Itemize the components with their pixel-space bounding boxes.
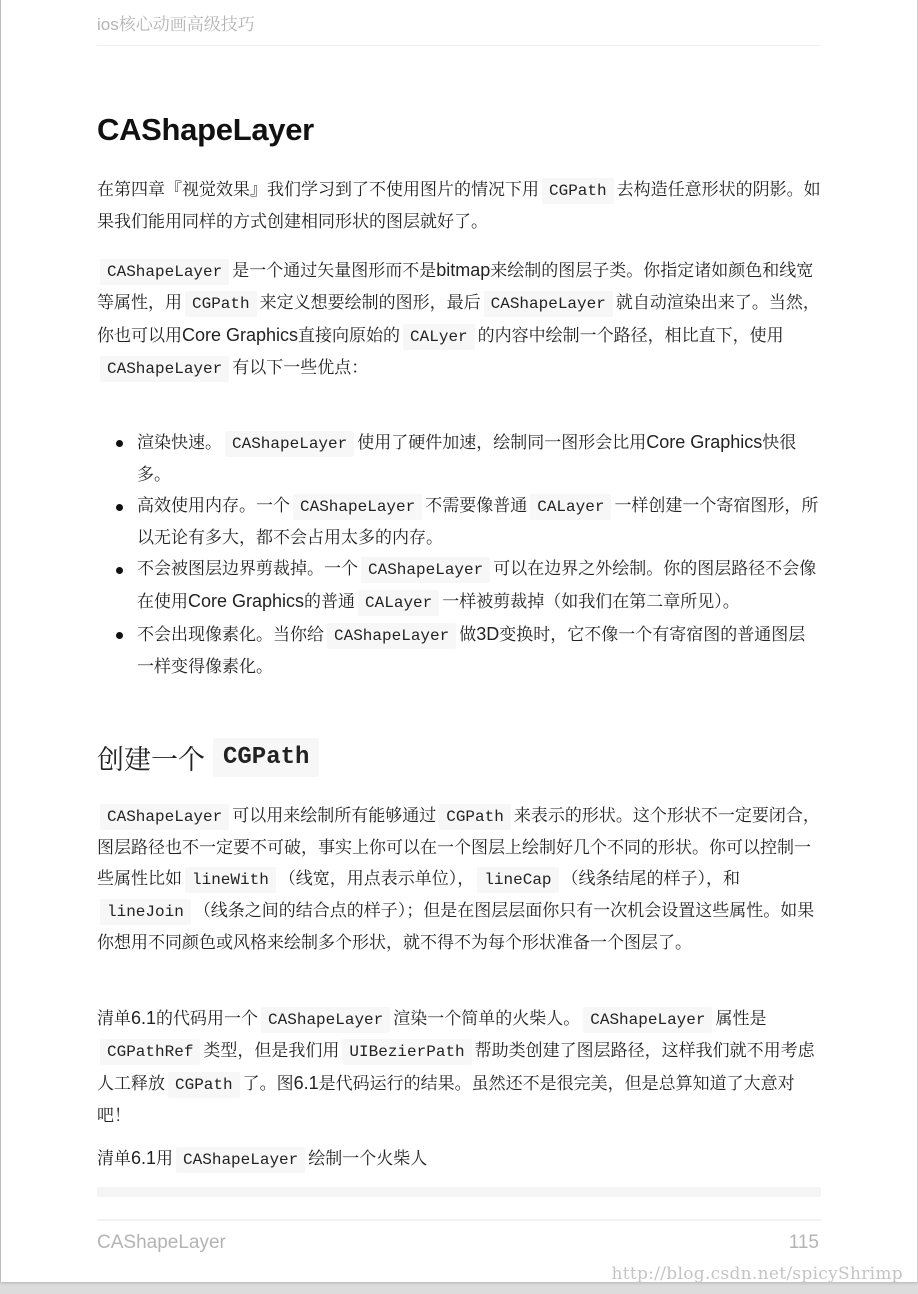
inline-code: lineWith xyxy=(185,867,276,893)
inline-code: CALayer xyxy=(358,590,439,616)
section-paragraph-2: CAShapeLayer是一个通过矢量图形而不是bitmap来绘制的图层子类。你… xyxy=(97,255,821,385)
inline-code: CGPathRef xyxy=(100,1039,200,1065)
running-header-title: ios核心动画高级技巧 xyxy=(97,10,255,35)
inline-code: CAShapeLayer xyxy=(225,431,354,457)
inline-code: CAShapeLayer xyxy=(100,356,229,382)
inline-code: CALyer xyxy=(403,324,475,350)
code-block-top xyxy=(97,1187,821,1197)
listing-caption: 清单6.1用CAShapeLayer绘制一个火柴人 xyxy=(97,1143,821,1176)
inline-code: CGPath xyxy=(542,178,614,204)
inline-code: CAShapeLayer xyxy=(484,291,613,317)
list-item: 高效使用内存。一个CAShapeLayer不需要像普通CALayer一样创建一个… xyxy=(97,491,821,554)
inline-code: CAShapeLayer xyxy=(293,494,422,520)
inline-code: CAShapeLayer xyxy=(100,259,229,285)
section-paragraph-1: 在第四章『视觉效果』我们学习到了不使用图片的情况下用CGPath去构造任意形状的… xyxy=(97,175,821,238)
inline-code: CGPath xyxy=(185,291,257,317)
footer-divider xyxy=(97,1219,821,1221)
inline-code: CAShapeLayer xyxy=(327,623,456,649)
document-page: ios核心动画高级技巧 CAShapeLayer 在第四章『视觉效果』我们学习到… xyxy=(0,0,918,1282)
watermark-url: http://blog.csdn.net/spicyShrimp xyxy=(612,1264,904,1284)
page-number: 115 xyxy=(789,1232,819,1254)
inline-code: lineCap xyxy=(477,867,558,893)
list-item: 不会被图层边界剪裁掉。一个CAShapeLayer可以在边界之外绘制。你的图层路… xyxy=(97,554,821,619)
inline-code: CGPath xyxy=(168,1072,240,1098)
advantages-list: 渲染快速。CAShapeLayer使用了硬件加速，绘制同一图形会比用Core G… xyxy=(97,427,821,683)
inline-code: CALayer xyxy=(530,494,611,520)
subsection-paragraph-2: 清单6.1的代码用一个CAShapeLayer渲染一个简单的火柴人。CAShap… xyxy=(97,1003,821,1132)
inline-code: UIBezierPath xyxy=(342,1039,471,1065)
inline-code: CAShapeLayer xyxy=(361,557,490,583)
inline-code: CAShapeLayer xyxy=(100,804,229,830)
list-item: 渲染快速。CAShapeLayer使用了硬件加速，绘制同一图形会比用Core G… xyxy=(97,427,821,491)
subsection-title-code: CGPath xyxy=(213,738,319,777)
inline-code: lineJoin xyxy=(100,899,191,925)
subsection-title: 创建一个CGPath xyxy=(97,738,319,777)
section-title: CAShapeLayer xyxy=(97,112,314,148)
header-divider xyxy=(97,45,821,46)
inline-code: CAShapeLayer xyxy=(583,1007,712,1033)
inline-code: CAShapeLayer xyxy=(176,1147,305,1173)
list-item: 不会出现像素化。当你给CAShapeLayer做3D变换时，它不像一个有寄宿图的… xyxy=(97,619,821,683)
footer-chapter-title: CAShapeLayer xyxy=(97,1232,226,1254)
inline-code: CGPath xyxy=(439,804,511,830)
subsection-paragraph-1: CAShapeLayer可以用来绘制所有能够通过CGPath来表示的形状。这个形… xyxy=(97,801,821,959)
inline-code: CAShapeLayer xyxy=(261,1007,390,1033)
